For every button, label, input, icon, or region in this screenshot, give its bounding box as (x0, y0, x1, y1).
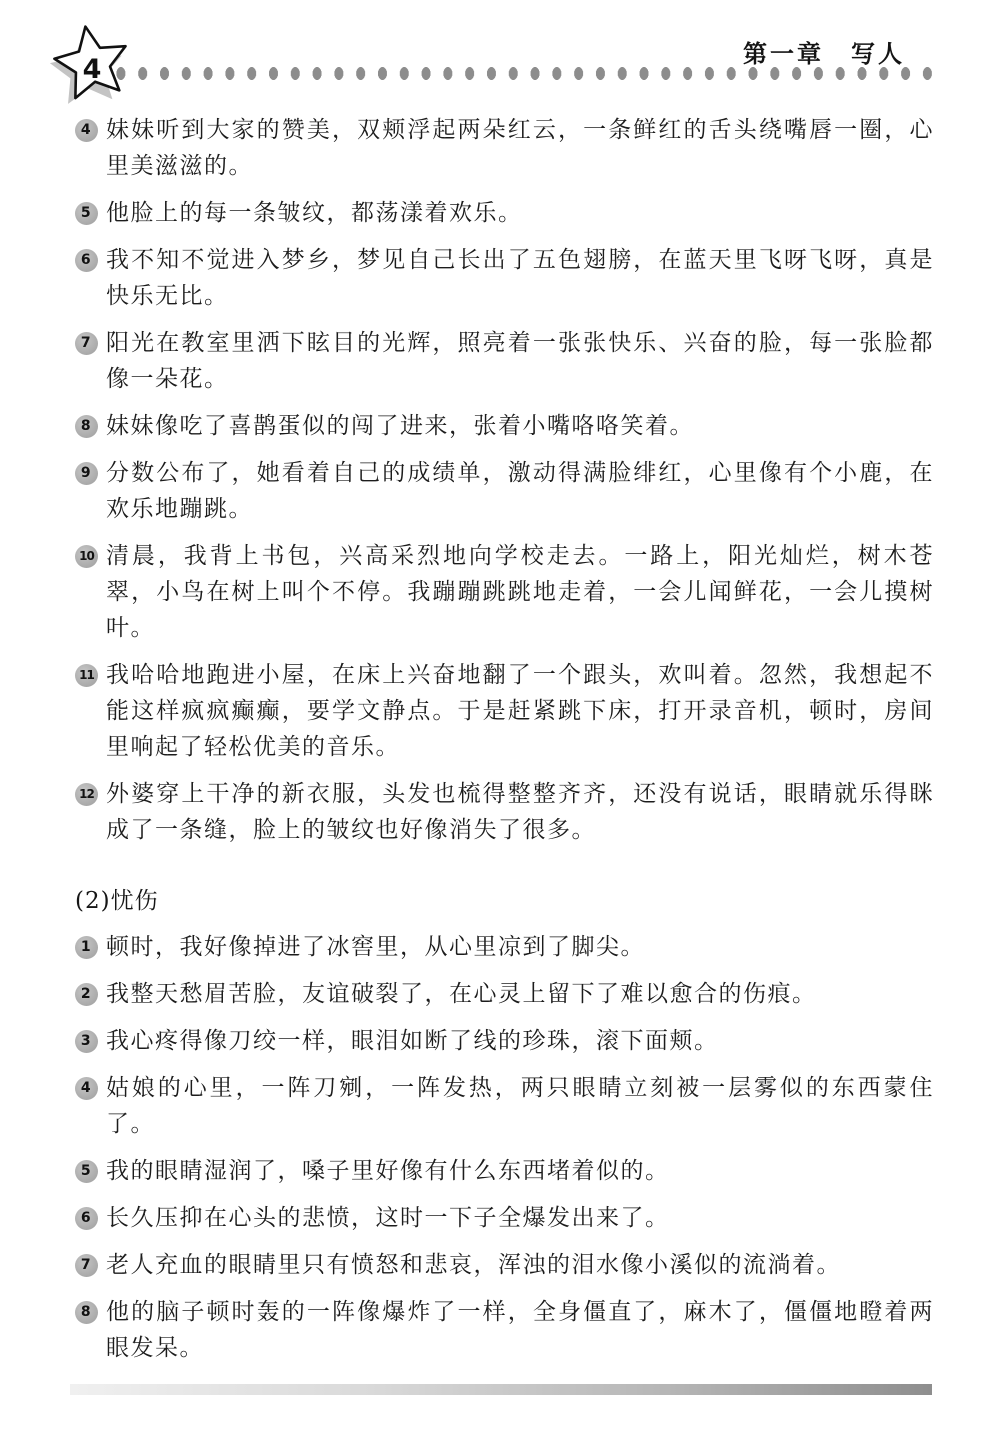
chapter-title: 第一章 写人 (743, 34, 905, 69)
item-text: 我哈哈地跑进小屋，在床上兴奋地翻了一个跟头，欢叫着。忽然，我想起不能这样疯疯癫癫… (106, 662, 934, 760)
star-icon (46, 18, 138, 110)
page-header: 4 第一章 写人 (0, 0, 1000, 112)
list-item: 1顿时，我好像掉进了冰窖里，从心里凉到了脚尖。 (75, 929, 934, 965)
list-item: 5我的眼睛湿润了，嗓子里好像有什么东西堵着似的。 (75, 1153, 934, 1189)
item-text: 阳光在教室里洒下眩目的光辉，照亮着一张张快乐、兴奋的脸，每一张脸都像一朵花。 (106, 330, 934, 392)
item-number-badge: 4 (75, 1077, 98, 1100)
item-number-badge: 12 (75, 783, 98, 806)
item-number-badge: 8 (75, 415, 98, 438)
item-number-badge: 5 (75, 1160, 98, 1183)
item-number-badge: 2 (75, 983, 98, 1006)
item-text: 分数公布了，她看着自己的成绩单，激动得满脸绯红，心里像有个小鹿，在欢乐地蹦跳。 (106, 460, 934, 522)
item-text: 顿时，我好像掉进了冰窖里，从心里凉到了脚尖。 (106, 934, 645, 960)
list-item: 3我心疼得像刀绞一样，眼泪如断了线的珍珠，滚下面颊。 (75, 1023, 934, 1059)
list-item: 5他脸上的每一条皱纹，都荡漾着欢乐。 (75, 195, 934, 231)
page-number-star-icon: 4 (46, 18, 138, 110)
item-text: 妹妹听到大家的赞美，双颊浮起两朵红云，一条鲜红的舌头绕嘴唇一圈，心里美滋滋的。 (106, 117, 934, 179)
item-text: 长久压抑在心头的悲愤，这时一下子全爆发出来了。 (106, 1205, 670, 1231)
item-text: 他的脑子顿时轰的一阵像爆炸了一样，全身僵直了，麻木了，僵僵地瞪着两眼发呆。 (106, 1299, 934, 1361)
item-text: 清晨，我背上书包，兴高采烈地向学校走去。一路上，阳光灿烂，树木苍翠，小鸟在树上叫… (106, 543, 934, 641)
list-item: 7老人充血的眼睛里只有愤怒和悲哀，浑浊的泪水像小溪似的流淌着。 (75, 1247, 934, 1283)
section-heading: (2)忧伤 (75, 882, 934, 915)
item-number-badge: 5 (75, 202, 98, 225)
list-item: 8他的脑子顿时轰的一阵像爆炸了一样，全身僵直了，麻木了，僵僵地瞪着两眼发呆。 (75, 1294, 934, 1366)
item-number-badge: 7 (75, 332, 98, 355)
item-number-badge: 6 (75, 1207, 98, 1230)
item-number-badge: 3 (75, 1030, 98, 1053)
list-item: 6我不知不觉进入梦乡，梦见自己长出了五色翅膀，在蓝天里飞呀飞呀，真是快乐无比。 (75, 242, 934, 314)
list-item: 6长久压抑在心头的悲愤，这时一下子全爆发出来了。 (75, 1200, 934, 1236)
item-text: 我整天愁眉苦脸，友谊破裂了，在心灵上留下了难以愈合的伤痕。 (106, 981, 817, 1007)
list-item: 10清晨，我背上书包，兴高采烈地向学校走去。一路上，阳光灿烂，树木苍翠，小鸟在树… (75, 538, 934, 646)
item-text: 妹妹像吃了喜鹊蛋似的闯了进来，张着小嘴咯咯笑着。 (106, 413, 694, 439)
list-item: 4妹妹听到大家的赞美，双颊浮起两朵红云，一条鲜红的舌头绕嘴唇一圈，心里美滋滋的。 (75, 112, 934, 184)
item-number-badge: 4 (75, 119, 98, 142)
item-number-badge: 1 (75, 936, 98, 959)
item-number-badge: 10 (75, 545, 98, 568)
item-text: 姑娘的心里，一阵刀剜，一阵发热，两只眼睛立刻被一层雾似的东西蒙住了。 (106, 1075, 934, 1137)
page-content: 4妹妹听到大家的赞美，双颊浮起两朵红云，一条鲜红的舌头绕嘴唇一圈，心里美滋滋的。… (75, 112, 934, 1377)
item-number-badge: 7 (75, 1254, 98, 1277)
list-item: 9分数公布了，她看着自己的成绩单，激动得满脸绯红，心里像有个小鹿，在欢乐地蹦跳。 (75, 455, 934, 527)
item-number-badge: 11 (75, 664, 98, 687)
item-text: 他脸上的每一条皱纹，都荡漾着欢乐。 (106, 200, 523, 226)
list-item: 8妹妹像吃了喜鹊蛋似的闯了进来，张着小嘴咯咯笑着。 (75, 408, 934, 444)
item-text: 我的眼睛湿润了，嗓子里好像有什么东西堵着似的。 (106, 1158, 670, 1184)
item-text: 我心疼得像刀绞一样，眼泪如断了线的珍珠，滚下面颊。 (106, 1028, 719, 1054)
list-item: 2我整天愁眉苦脸，友谊破裂了，在心灵上留下了难以愈合的伤痕。 (75, 976, 934, 1012)
item-number-badge: 8 (75, 1301, 98, 1324)
item-text: 我不知不觉进入梦乡，梦见自己长出了五色翅膀，在蓝天里飞呀飞呀，真是快乐无比。 (106, 247, 934, 309)
list-item: 11我哈哈地跑进小屋，在床上兴奋地翻了一个跟头，欢叫着。忽然，我想起不能这样疯疯… (75, 657, 934, 765)
item-number-badge: 9 (75, 462, 98, 485)
item-text: 外婆穿上干净的新衣服，头发也梳得整整齐齐，还没有说话，眼睛就乐得眯成了一条缝，脸… (106, 781, 934, 843)
list-item: 4姑娘的心里，一阵刀剜，一阵发热，两只眼睛立刻被一层雾似的东西蒙住了。 (75, 1070, 934, 1142)
list-item: 12外婆穿上干净的新衣服，头发也梳得整整齐齐，还没有说话，眼睛就乐得眯成了一条缝… (75, 776, 934, 848)
item-text: 老人充血的眼睛里只有愤怒和悲哀，浑浊的泪水像小溪似的流淌着。 (106, 1252, 841, 1278)
footer-gradient-bar (70, 1384, 932, 1395)
item-number-badge: 6 (75, 249, 98, 272)
list-item: 7阳光在教室里洒下眩目的光辉，照亮着一张张快乐、兴奋的脸，每一张脸都像一朵花。 (75, 325, 934, 397)
